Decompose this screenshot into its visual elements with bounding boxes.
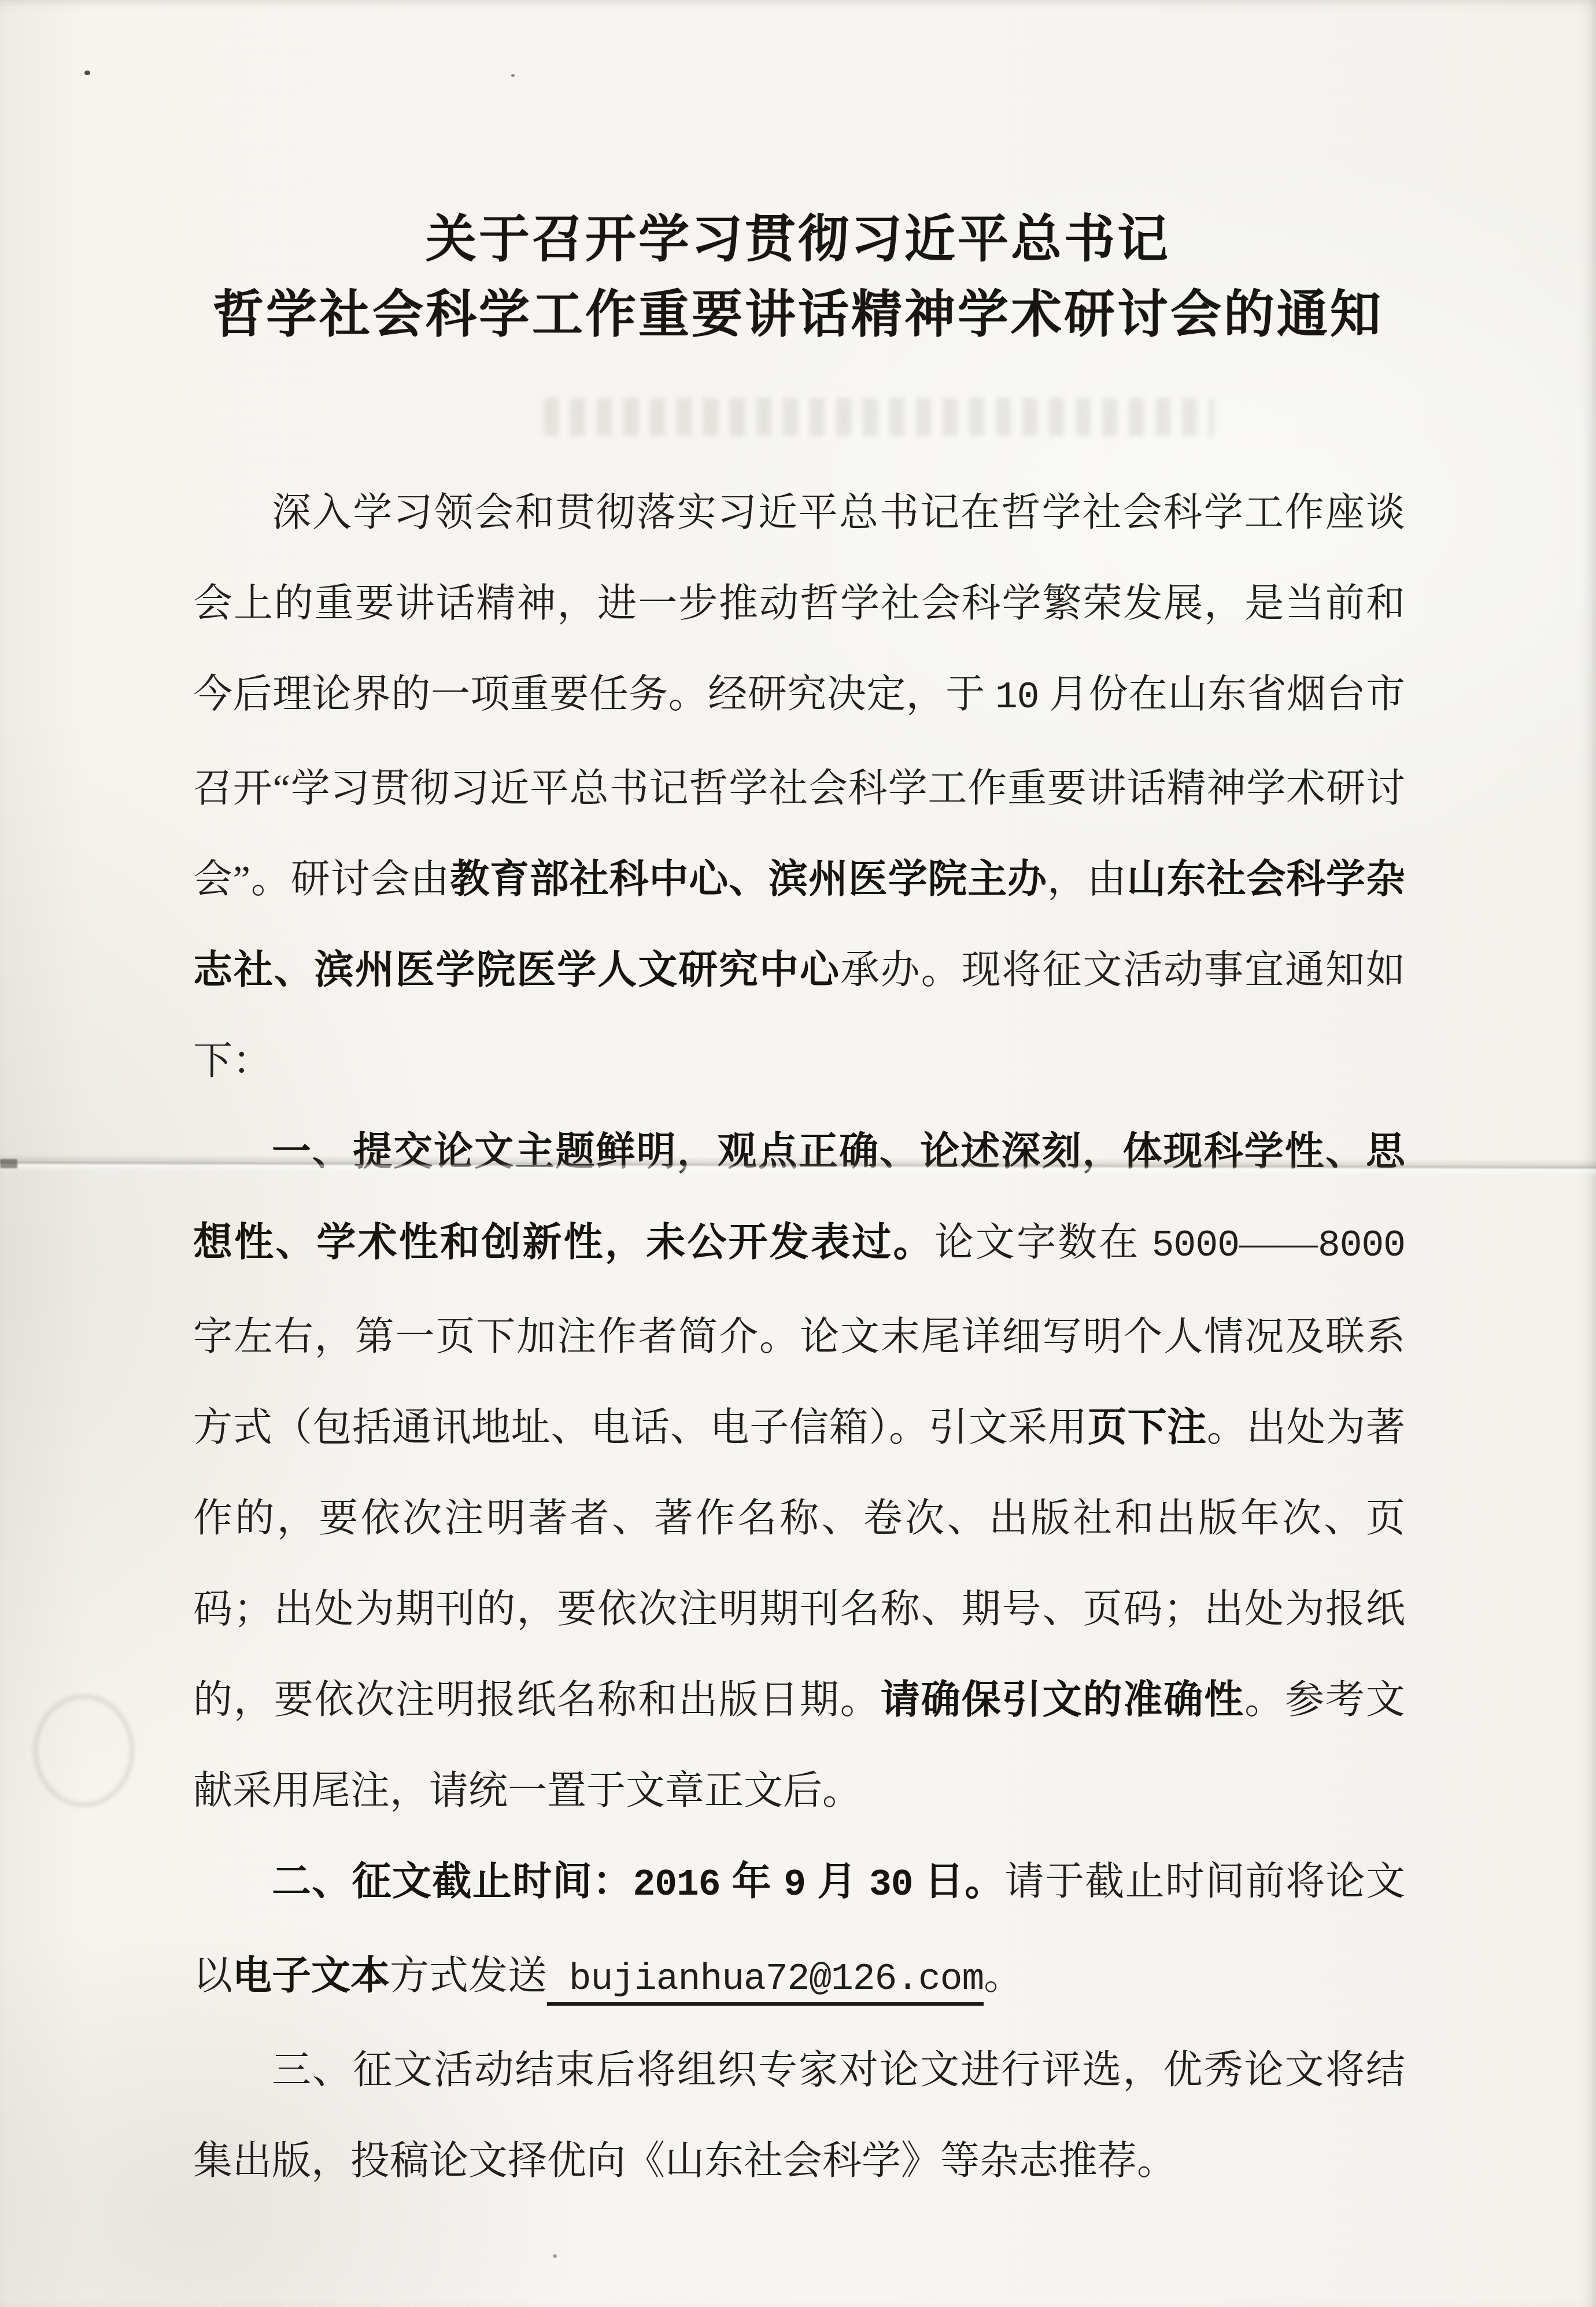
text-run: 5000: [1152, 1225, 1239, 1267]
text-run: 论文字数在: [934, 1220, 1152, 1264]
paragraph-item-1-paper-requirements: 一、提交论文主题鲜明，观点正确、论述深刻，体现科学性、思想性、学术性和创新性，未…: [193, 1106, 1405, 1836]
text-run: 。出处为著作的，要依次注明著者、著作名称、卷次、出版社和出版年次、页码；出处为期…: [193, 1405, 1405, 1722]
text-run: 10: [995, 677, 1039, 719]
paper-fold-edge-notch: [0, 1159, 17, 1168]
emphasized-text-run: 月: [806, 1859, 869, 1903]
emphasized-text-run: 年: [720, 1859, 784, 1903]
notice-title: 关于召开学习贯彻习近平总书记 哲学社会科学工作重要讲话精神学术研讨会的通知: [0, 0, 1596, 353]
emphasized-text-run: 二、征文截止时间：: [272, 1859, 633, 1903]
scan-dust-speck: [84, 71, 90, 75]
text-run: 三、征文活动结束后将组织专家对论文进行评选，优秀论文将结集出版，投稿论文择优向《…: [193, 2048, 1405, 2183]
emphasized-text-run: 教育部社科中心、滨州医学院主办: [450, 857, 1047, 901]
ink-bleed-through-artifact: [544, 398, 1214, 436]
text-run: ，由: [1047, 857, 1127, 901]
scan-dust-speck: [511, 74, 515, 77]
emphasized-text-run: 页下注: [1088, 1405, 1207, 1449]
emphasized-text-run: 电子文本: [232, 1954, 390, 1998]
text-run: 。: [984, 1954, 1023, 1998]
emphasized-text-run: 2016: [633, 1864, 720, 1906]
scanned-notice-page: 关于召开学习贯彻习近平总书记 哲学社会科学工作重要讲话精神学术研讨会的通知 深入…: [0, 0, 1596, 2307]
emphasized-text-run: 请确保引文的准确性: [881, 1678, 1244, 1722]
emphasized-text-run: 9: [784, 1864, 806, 1906]
text-run: 方式发送: [390, 1954, 547, 1998]
notice-body: 深入学习领会和贯彻落实习近平总书记在哲学社会科学工作座谈会上的重要讲话精神，进一…: [193, 467, 1405, 2206]
faint-stamp-ghost-artifact: [34, 1695, 134, 1807]
text-run: ——: [1239, 1220, 1318, 1264]
paragraph-item-3-selection: 三、征文活动结束后将组织专家对论文进行评选，优秀论文将结集出版，投稿论文择优向《…: [193, 2025, 1405, 2206]
emphasized-text-run: 日。: [913, 1859, 1005, 1903]
paragraph-intro: 深入学习领会和贯彻落实习近平总书记在哲学社会科学工作座谈会上的重要讲话精神，进一…: [193, 467, 1405, 1106]
email-address: bujianhua72@126.com: [547, 1958, 984, 2006]
emphasized-text-run: 30: [869, 1864, 913, 1906]
scan-dust-speck: [553, 2254, 557, 2258]
notice-title-line-1: 关于召开学习贯彻习近平总书记: [0, 202, 1596, 278]
notice-title-line-2: 哲学社会科学工作重要讲话精神学术研讨会的通知: [0, 278, 1596, 353]
paragraph-item-2-deadline: 二、征文截止时间：2016 年 9 月 30 日。请于截止时间前将论文以电子文本…: [193, 1836, 1405, 2025]
text-run: 8000: [1318, 1225, 1405, 1267]
